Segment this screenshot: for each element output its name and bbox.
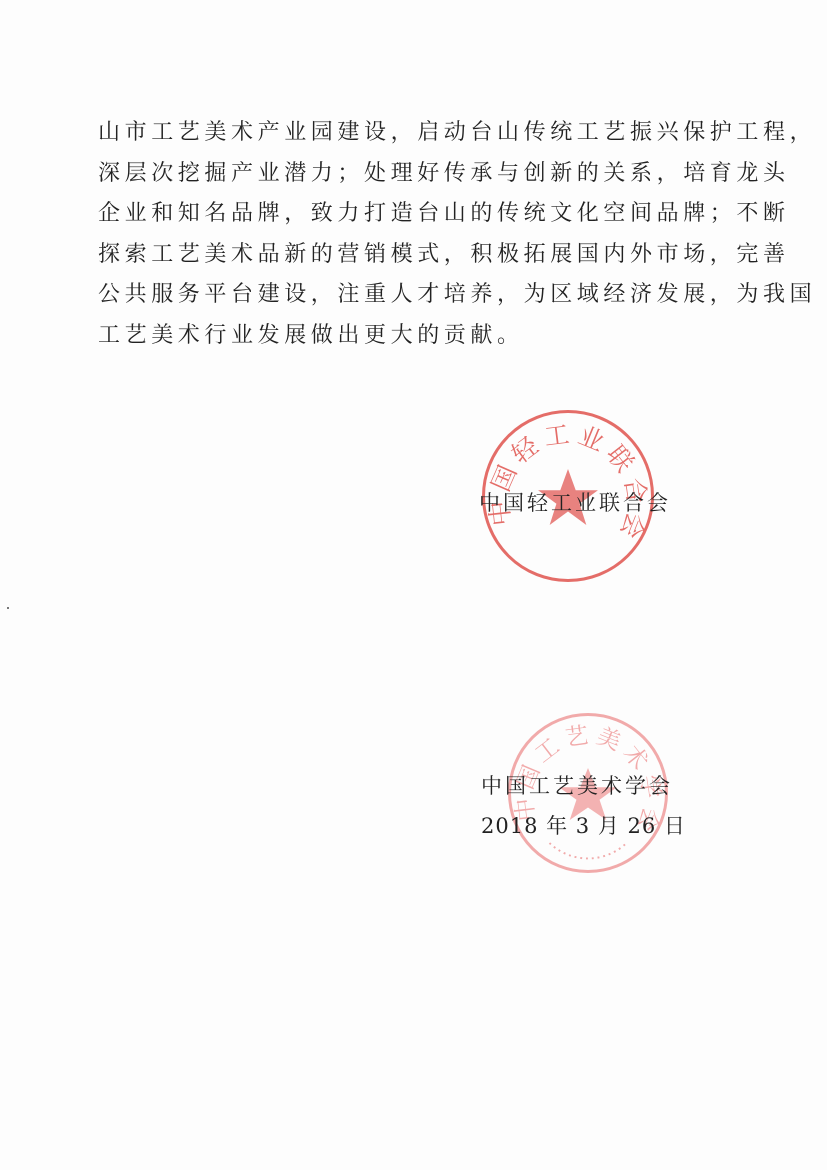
body-line: 企业和知名品牌，致力打造台山的传统文化空间品牌；不断 (98, 194, 738, 235)
body-line: 深层次挖掘产业潜力；处理好传承与创新的关系，培育龙头 (98, 154, 738, 195)
body-line: 探索工艺美术品新的营销模式，积极拓展国内外市场，完善 (98, 235, 738, 276)
body-line: 公共服务平台建设，注重人才培养，为区域经济发展，为我国 (98, 275, 738, 316)
body-text: 山市工艺美术产业园建设，启动台山传统工艺振兴保护工程， 深层次挖掘产业潜力；处理… (98, 113, 738, 356)
body-line: 山市工艺美术产业园建设，启动台山传统工艺振兴保护工程， (98, 113, 738, 154)
signature-org-clf: 中国轻工业联合会 (479, 487, 671, 517)
scan-speck (7, 607, 9, 609)
document-page: 山市工艺美术产业园建设，启动台山传统工艺振兴保护工程， 深层次挖掘产业潜力；处理… (0, 0, 827, 1170)
body-line: 工艺美术行业发展做出更大的贡献。 (98, 316, 738, 357)
signature-date: 2018 年 3 月 26 日 (481, 810, 686, 840)
signature-org-cacas: 中国工艺美术学会 (481, 770, 673, 800)
